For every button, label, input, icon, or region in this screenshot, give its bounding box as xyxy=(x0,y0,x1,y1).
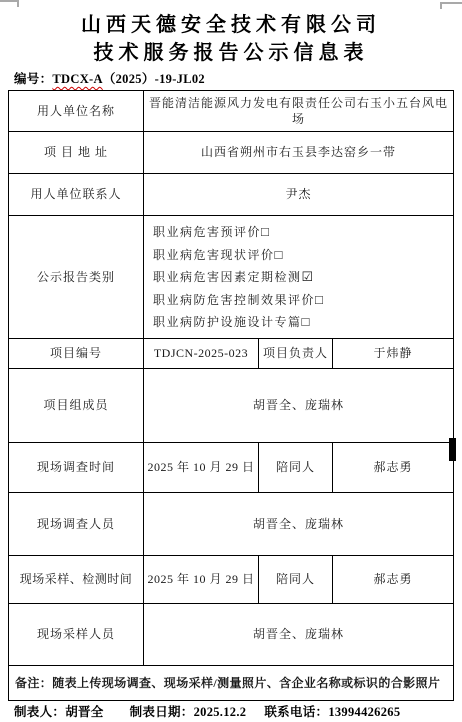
employer-value: 晋能清洁能源风力发电有限责任公司右玉小五台风电场 xyxy=(144,91,453,131)
project-number-value: TDJCN-2025-023 xyxy=(144,339,259,368)
contact-label: 用人单位联系人 xyxy=(9,174,144,215)
category-option-protection-facility-design: 职业病防护设施设计专篇□ xyxy=(153,313,309,331)
survey-companion-label: 陪同人 xyxy=(259,443,333,492)
crop-mark-top-left-tick xyxy=(17,0,19,7)
table-row-category: 公示报告类别 职业病危害预评价□ 职业病危害现状评价□ 职业病危害因素定期检测☑… xyxy=(9,216,453,339)
survey-time-label: 现场调查时间 xyxy=(9,443,144,492)
category-option-status-evaluation: 职业病危害现状评价□ xyxy=(153,246,282,264)
address-label: 项 目 地 址 xyxy=(9,132,144,173)
sampling-companion-label: 陪同人 xyxy=(259,556,333,603)
team-value: 胡晋全、庞瑞林 xyxy=(144,369,453,442)
doc-number-code-underlined: TDCX-A xyxy=(52,72,102,86)
footer-line: 制表人：胡晋全 制表日期：2025.12.2 联系电话：13994426265 xyxy=(14,702,458,720)
survey-time-value: 2025 年 10 月 29 日 xyxy=(144,443,259,492)
right-border-ink-mark xyxy=(449,438,456,461)
table-row-team: 项目组成员 胡晋全、庞瑞林 xyxy=(9,369,453,443)
preparer-text: 制表人：胡晋全 xyxy=(14,702,104,720)
category-options: 职业病危害预评价□ 职业病危害现状评价□ 职业病危害因素定期检测☑ 职业病防危害… xyxy=(144,216,453,338)
sampling-time-label: 现场采样、检测时间 xyxy=(9,556,144,603)
form-title: 技术服务报告公示信息表 xyxy=(0,36,462,65)
address-value: 山西省朔州市右玉县李达窑乡一带 xyxy=(144,132,453,173)
doc-number-label: 编号： xyxy=(14,72,52,86)
category-label: 公示报告类别 xyxy=(9,216,144,338)
sampling-time-value: 2025 年 10 月 29 日 xyxy=(144,556,259,603)
survey-staff-value: 胡晋全、庞瑞林 xyxy=(144,493,453,555)
survey-staff-label: 现场调查人员 xyxy=(9,493,144,555)
table-row-sampling-staff: 现场采样人员 胡晋全、庞瑞林 xyxy=(9,604,453,666)
checkbox-unchecked-icon: □ xyxy=(315,292,323,307)
remark-text: 备注：随表上传现场调查、现场采样/测量照片、含企业名称或标识的合影照片 xyxy=(9,666,453,700)
doc-number-line: 编号：TDCX-A（2025）-19-JL02 xyxy=(14,69,205,87)
project-leader-label: 项目负责人 xyxy=(259,339,333,368)
checkbox-unchecked-icon: □ xyxy=(302,314,310,329)
project-number-label: 项目编号 xyxy=(9,339,144,368)
table-row-survey-staff: 现场调查人员 胡晋全、庞瑞林 xyxy=(9,493,453,556)
category-option-control-effect-evaluation: 职业病防危害控制效果评价□ xyxy=(153,291,323,309)
checkbox-checked-icon: ☑ xyxy=(302,269,314,284)
checkbox-unchecked-icon: □ xyxy=(261,224,269,239)
report-info-table: 用人单位名称 晋能清洁能源风力发电有限责任公司右玉小五台风电场 项 目 地 址 … xyxy=(8,90,454,701)
contact-phone-text: 联系电话：13994426265 xyxy=(264,702,400,720)
table-row-project-number: 项目编号 TDJCN-2025-023 项目负责人 于炜静 xyxy=(9,339,453,369)
table-row-sampling-time: 现场采样、检测时间 2025 年 10 月 29 日 陪同人 郝志勇 xyxy=(9,556,453,604)
sampling-staff-label: 现场采样人员 xyxy=(9,604,144,665)
table-row-contact: 用人单位联系人 尹杰 xyxy=(9,174,453,216)
table-row-remark: 备注：随表上传现场调查、现场采样/测量照片、含企业名称或标识的合影照片 xyxy=(9,666,453,700)
table-row-address: 项 目 地 址 山西省朔州市右玉县李达窑乡一带 xyxy=(9,132,453,174)
employer-label: 用人单位名称 xyxy=(9,91,144,131)
contact-value: 尹杰 xyxy=(144,174,453,215)
category-option-periodic-testing: 职业病危害因素定期检测☑ xyxy=(153,268,313,286)
sampling-staff-value: 胡晋全、庞瑞林 xyxy=(144,604,453,665)
doc-number-code-rest: （2025）-19-JL02 xyxy=(103,72,205,86)
survey-companion-value: 郝志勇 xyxy=(333,443,453,492)
company-name-title: 山西天德安全技术有限公司 xyxy=(0,8,462,37)
crop-mark-top-right xyxy=(440,2,462,4)
team-label: 项目组成员 xyxy=(9,369,144,442)
prepare-date-text: 制表日期：2025.12.2 xyxy=(130,702,247,720)
category-option-pre-evaluation: 职业病危害预评价□ xyxy=(153,223,269,241)
checkbox-unchecked-icon: □ xyxy=(275,247,283,262)
table-row-employer: 用人单位名称 晋能清洁能源风力发电有限责任公司右玉小五台风电场 xyxy=(9,91,453,132)
table-row-survey-time: 现场调查时间 2025 年 10 月 29 日 陪同人 郝志勇 xyxy=(9,443,453,493)
project-leader-value: 于炜静 xyxy=(333,339,453,368)
sampling-companion-value: 郝志勇 xyxy=(333,556,453,603)
